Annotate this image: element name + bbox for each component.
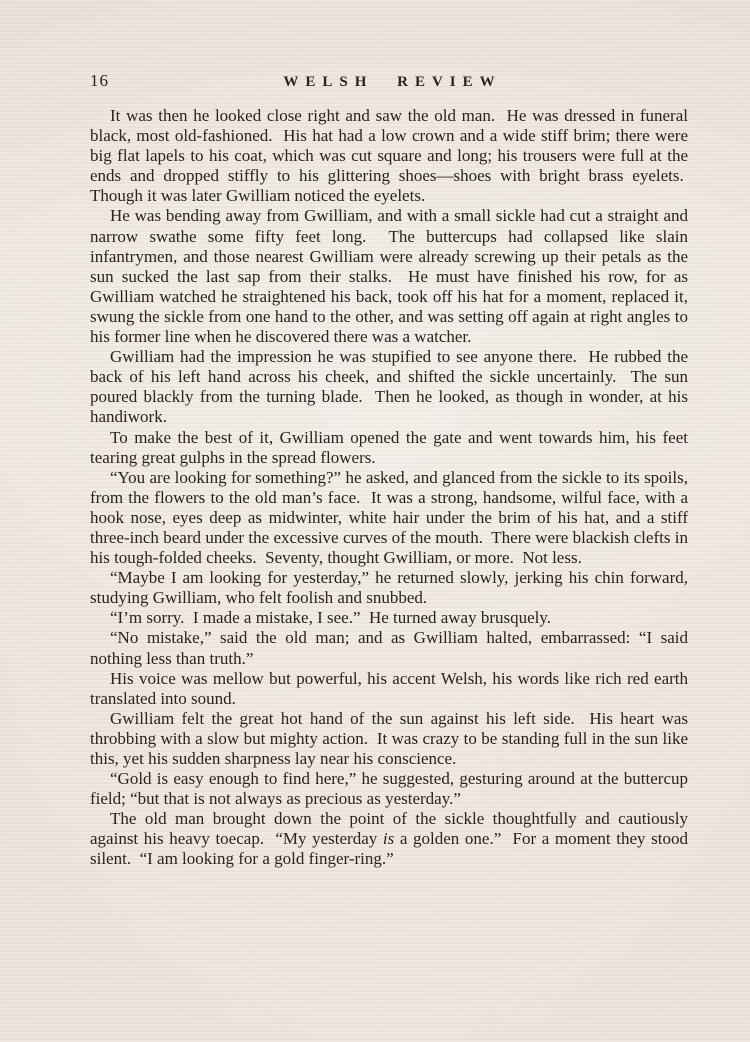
journal-title: WELSH REVIEW bbox=[283, 74, 501, 91]
body-text: It was then he looked close right and sa… bbox=[90, 106, 688, 870]
text-segment: Gwilliam had the impression he was stupi… bbox=[90, 347, 688, 426]
text-segment: “You are looking for something?” he aske… bbox=[90, 468, 688, 567]
paragraph: “Gold is easy enough to find here,” he s… bbox=[90, 769, 688, 809]
paragraph: Gwilliam had the impression he was stupi… bbox=[90, 347, 688, 427]
paragraph: To make the best of it, Gwilliam opened … bbox=[90, 428, 688, 468]
book-page: 16 WELSH REVIEW It was then he looked cl… bbox=[0, 0, 750, 1042]
text-segment: “No mistake,” said the old man; and as G… bbox=[90, 628, 688, 667]
running-head: 16 WELSH REVIEW bbox=[90, 71, 688, 91]
text-segment: Gwilliam felt the great hot hand of the … bbox=[90, 709, 688, 768]
text-segment: He was bending away from Gwilliam, and w… bbox=[90, 206, 688, 346]
page-number: 16 bbox=[90, 71, 109, 91]
paragraph: “You are looking for something?” he aske… bbox=[90, 468, 688, 568]
paragraph: He was bending away from Gwilliam, and w… bbox=[90, 206, 688, 347]
text-segment: His voice was mellow but powerful, his a… bbox=[90, 669, 688, 708]
italic-text: is bbox=[383, 829, 394, 848]
text-segment: “Maybe I am looking for yesterday,” he r… bbox=[90, 568, 688, 607]
paragraph: His voice was mellow but powerful, his a… bbox=[90, 669, 688, 709]
text-segment: To make the best of it, Gwilliam opened … bbox=[90, 428, 688, 467]
paragraph: “I’m sorry. I made a mistake, I see.” He… bbox=[90, 608, 688, 628]
paragraph: “Maybe I am looking for yesterday,” he r… bbox=[90, 568, 688, 608]
text-segment: “Gold is easy enough to find here,” he s… bbox=[90, 769, 688, 808]
paragraph: Gwilliam felt the great hot hand of the … bbox=[90, 709, 688, 769]
paragraph: The old man brought down the point of th… bbox=[90, 809, 688, 869]
text-segment: It was then he looked close right and sa… bbox=[90, 106, 688, 205]
paragraph: It was then he looked close right and sa… bbox=[90, 106, 688, 206]
paragraph: “No mistake,” said the old man; and as G… bbox=[90, 628, 688, 668]
text-segment: “I’m sorry. I made a mistake, I see.” He… bbox=[110, 608, 551, 627]
